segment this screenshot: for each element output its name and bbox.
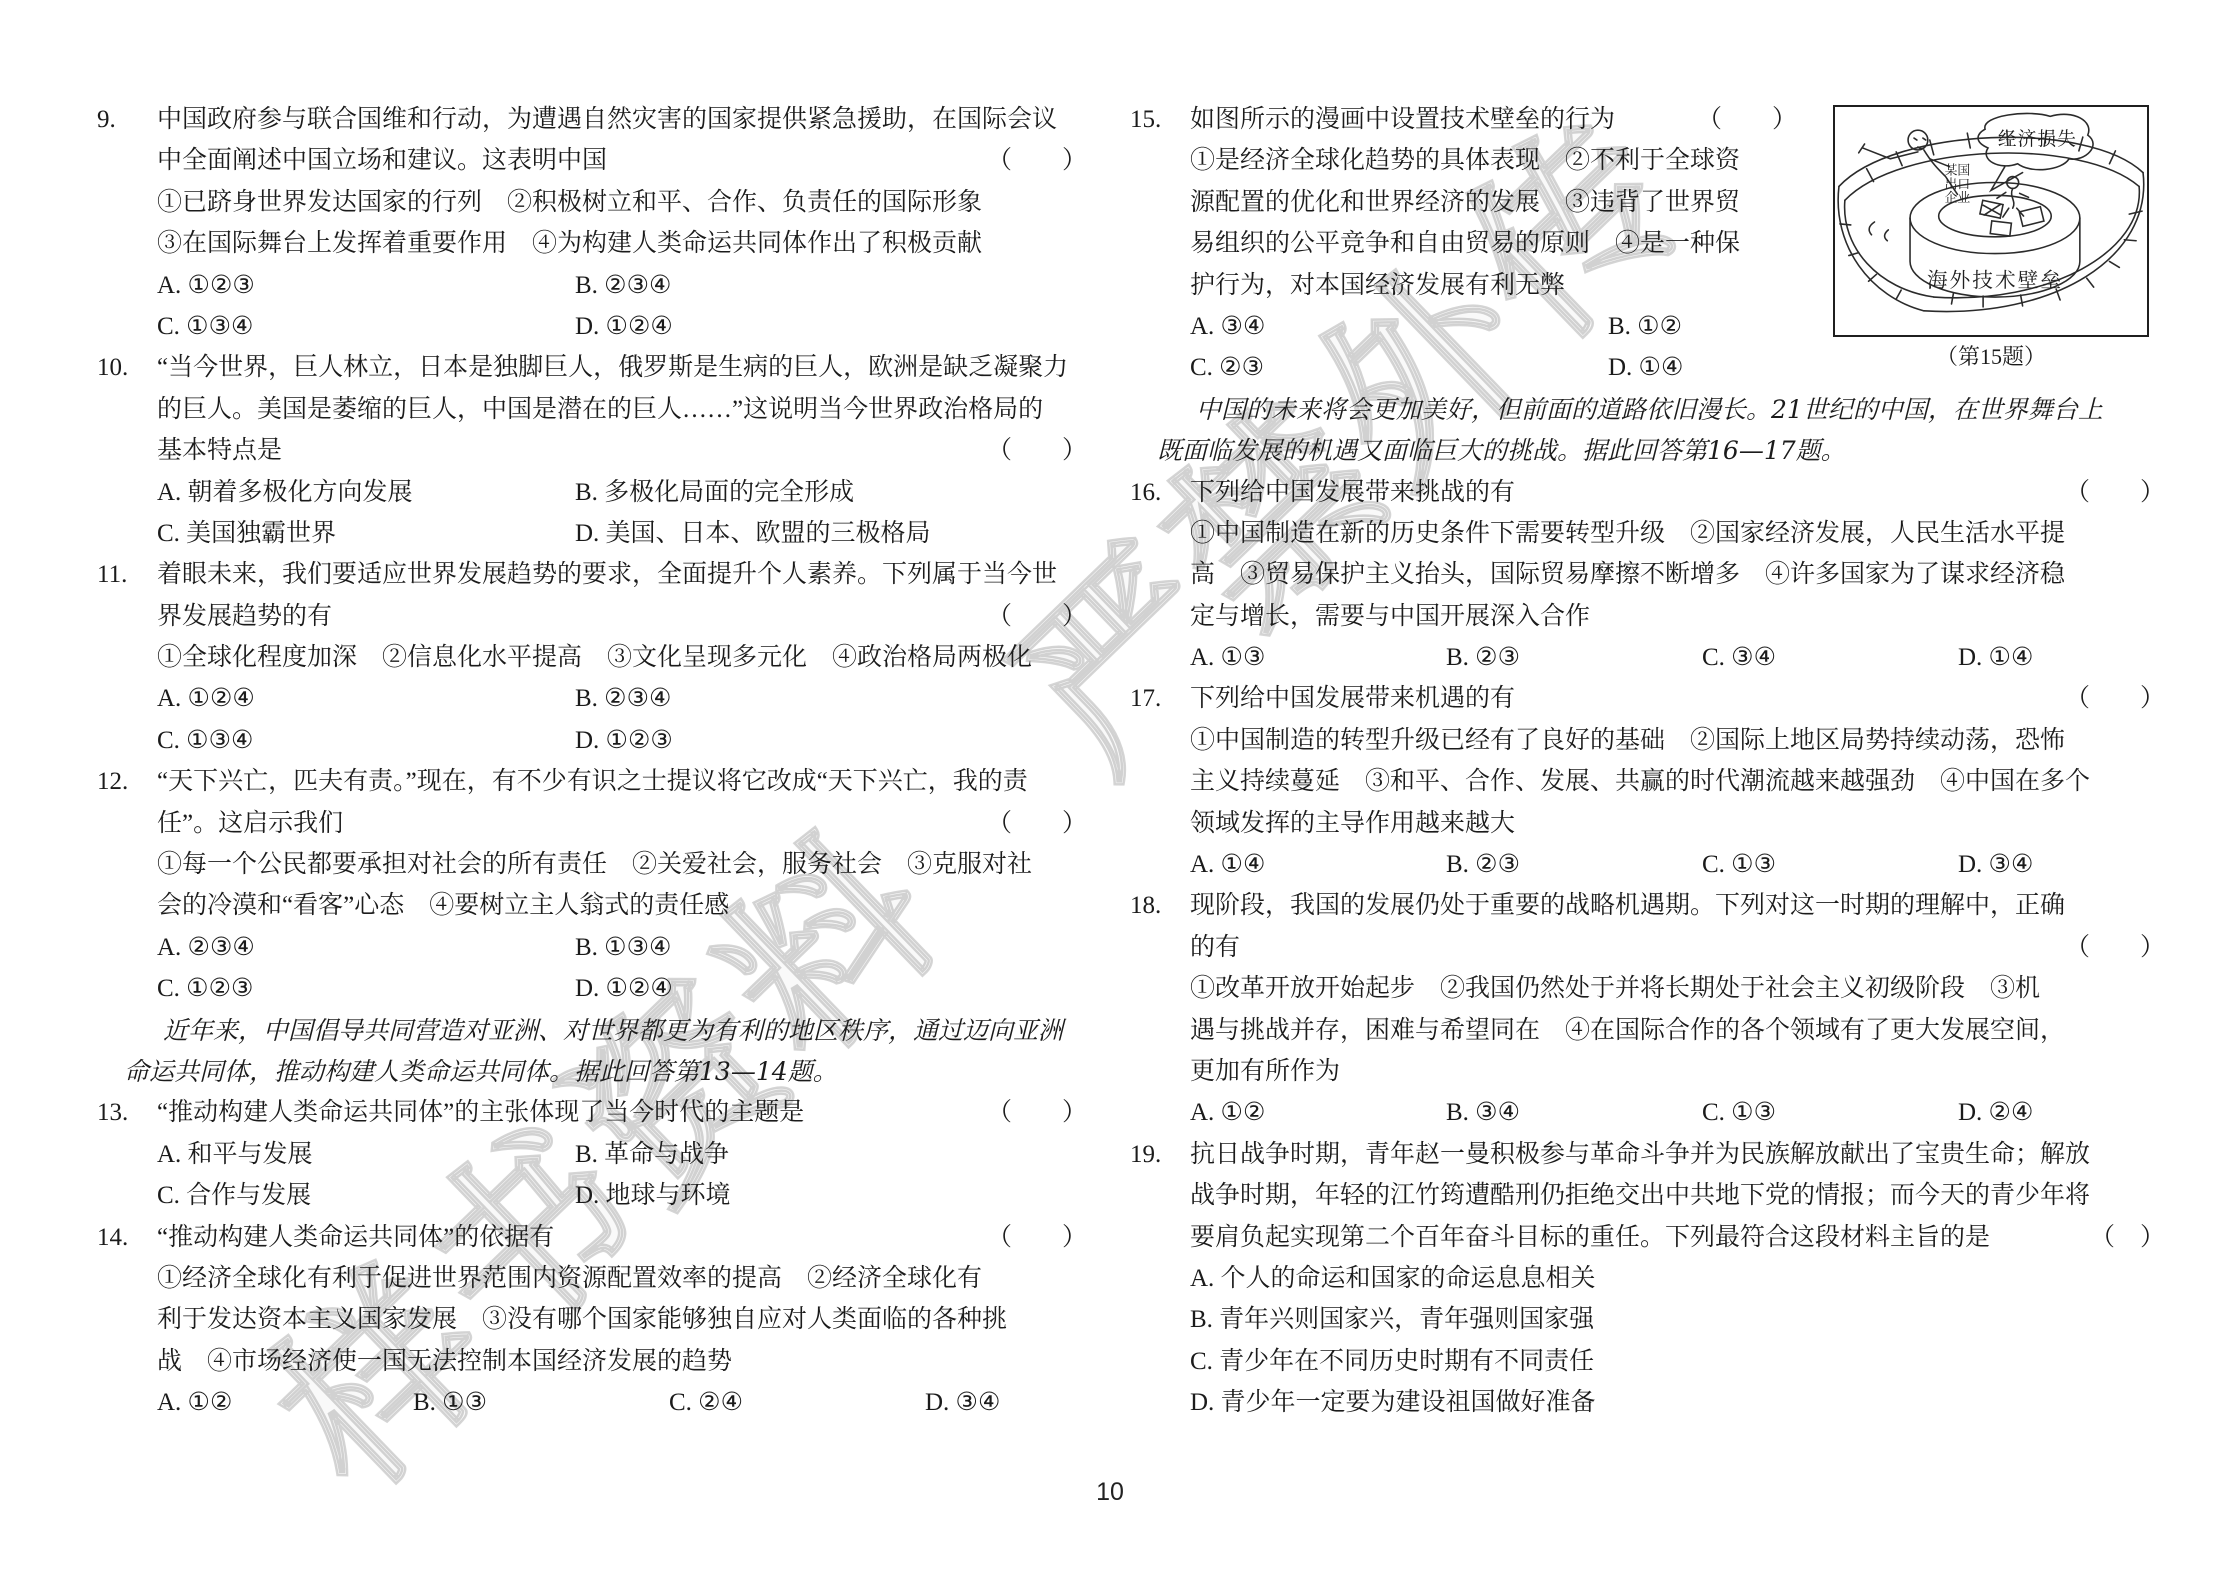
option: D. ①②④ <box>575 306 673 347</box>
question-line: 命运共同体，推动构建人类命运共同体。据此回答第13—14题。 <box>95 1051 1087 1092</box>
question-body: 经济损失 某国 出口 企业 海外技术壁垒 （第15题） 如图所示的漫画中设置技术… <box>1128 99 2165 389</box>
question-line: “推动构建人类命运共同体”的依据有（ ） <box>157 1217 1087 1258</box>
question-line: 利于发达资本主义国家发展 ③没有哪个国家能够独自应对人类面临的各种挑 <box>157 1299 1087 1340</box>
exam-page: 样书资料 严禁外传 9.中国政府参与联合国维和行动，为遭遇自然灾害的国家提供紧急… <box>0 0 2220 1571</box>
option: A. ②③④ <box>157 927 575 968</box>
option: B. ②③④ <box>575 265 671 306</box>
option: A. ①③ <box>1190 637 1446 678</box>
question-line: ①经济全球化有利于促进世界范围内资源配置效率的提高 ②经济全球化有 <box>157 1258 1087 1299</box>
option: D. 地球与环境 <box>575 1175 731 1216</box>
option: B. ①② <box>1608 306 1682 347</box>
question-line: 战 ④市场经济使一国无法控制本国经济发展的趋势 <box>157 1341 1087 1382</box>
answer-bracket: （ ） <box>2065 927 2165 968</box>
option-row: C. 合作与发展D. 地球与环境 <box>157 1175 1087 1216</box>
option: A. 个人的命运和国家的命运息息相关 <box>1190 1258 2165 1299</box>
option: A. ①②④ <box>157 678 575 719</box>
option-row: A. ①②③B. ②③④ <box>157 265 1087 306</box>
option: D. ①④ <box>1958 637 2033 678</box>
question-line: “天下兴亡，匹夫有责。”现在，有不少有识之士提议将它改成“天下兴亡，我的责 <box>157 761 1087 802</box>
question-text: “推动构建人类命运共同体”的主张体现了当今时代的主题是 <box>157 1092 804 1133</box>
question-line: ①已跻身世界发达国家的行列 ②积极树立和平、合作、负责任的国际形象 <box>157 182 1087 223</box>
option: D. 美国、日本、欧盟的三极格局 <box>575 513 931 554</box>
question-body: “当今世界，巨人林立，日本是独脚巨人，俄罗斯是生病的巨人，欧洲是缺乏凝聚力的巨人… <box>95 347 1087 554</box>
question-body: 下列给中国发展带来机遇的有（ ）①中国制造的转型升级已经有了良好的基础 ②国际上… <box>1128 678 2165 885</box>
question-line: 主义持续蔓延 ③和平、合作、发展、共赢的时代潮流越来越强劲 ④中国在多个 <box>1190 761 2165 802</box>
option: C. ③④ <box>1702 637 1958 678</box>
question-text: 的有 <box>1190 927 1240 968</box>
question-line: 抗日战争时期，青年赵一曼积极参与革命斗争并为民族解放献出了宝贵生命；解放 <box>1190 1134 2165 1175</box>
option-row: A. ①②B. ①③C. ②④D. ③④ <box>157 1382 1087 1423</box>
option-row: A. ①④B. ②③C. ①③D. ③④ <box>1190 844 2165 885</box>
question-line: 遇与挑战并存，困难与希望同在 ④在国际合作的各个领域有了更大发展空间， <box>1190 1010 2165 1051</box>
question-number: 15. <box>1130 99 1161 140</box>
question-number: 9. <box>97 99 116 140</box>
question-line: “推动构建人类命运共同体”的主张体现了当今时代的主题是（ ） <box>157 1092 1087 1133</box>
question-line: 定与增长，需要与中国开展深入合作 <box>1190 596 2165 637</box>
question-line: ①每一个公民都要承担对社会的所有责任 ②关爱社会，服务社会 ③克服对社 <box>157 844 1087 885</box>
option: D. ③④ <box>1958 844 2033 885</box>
q15-cartoon-svg: 经济损失 某国 出口 企业 海外技术壁垒 <box>1835 107 2147 335</box>
question-line: 如图所示的漫画中设置技术壁垒的行为（ ） <box>1190 99 1797 140</box>
question-17: 17.下列给中国发展带来机遇的有（ ）①中国制造的转型升级已经有了良好的基础 ②… <box>1128 678 2165 885</box>
q15-cartoon-frame: 经济损失 某国 出口 企业 海外技术壁垒 <box>1833 105 2149 337</box>
option: B. ①③ <box>413 1382 669 1423</box>
question-line: 中国政府参与联合国维和行动，为遭遇自然灾害的国家提供紧急援助，在国际会议 <box>157 99 1087 140</box>
option: D. ③④ <box>925 1382 1000 1423</box>
option-row: A. ①②④B. ②③④ <box>157 678 1087 719</box>
answer-bracket: （ ） <box>987 803 1087 844</box>
question-line: ①中国制造的转型升级已经有了良好的基础 ②国际上地区局势持续动荡，恐怖 <box>1190 720 2165 761</box>
option: C. ①③④ <box>157 306 575 347</box>
figure-caption: （第15题） <box>1817 337 2165 375</box>
question-line: 更加有所作为 <box>1190 1051 2165 1092</box>
question-line: ①中国制造在新的历史条件下需要转型升级 ②国家经济发展，人民生活水平提 <box>1190 513 2165 554</box>
option: C. ①③ <box>1702 844 1958 885</box>
option: B. ②③ <box>1446 637 1702 678</box>
question-text: 下列给中国发展带来机遇的有 <box>1190 678 1515 719</box>
question-line: 界发展趋势的有（ ） <box>157 596 1087 637</box>
answer-bracket: （ ） <box>987 1092 1087 1133</box>
option: C. 合作与发展 <box>157 1175 575 1216</box>
option: C. 美国独霸世界 <box>157 513 575 554</box>
option: B. 革命与战争 <box>575 1134 729 1175</box>
question-text: 界发展趋势的有 <box>157 596 332 637</box>
option: A. ①② <box>1190 1092 1446 1133</box>
answer-bracket: （ ） <box>987 596 1087 637</box>
answer-bracket: （ ） <box>2065 678 2165 719</box>
option: B. 青年兴则国家兴，青年强则国家强 <box>1190 1299 2165 1340</box>
question-13: 13.“推动构建人类命运共同体”的主张体现了当今时代的主题是（ ）A. 和平与发… <box>95 1092 1087 1216</box>
option: C. 青少年在不同历史时期有不同责任 <box>1190 1341 2165 1382</box>
option: A. 和平与发展 <box>157 1134 575 1175</box>
option: C. ②④ <box>669 1382 925 1423</box>
question-number: 13. <box>97 1092 128 1133</box>
question-line: ③在国际舞台上发挥着重要作用 ④为构建人类命运共同体作出了积极贡献 <box>157 223 1087 264</box>
question-line: 中全面阐述中国立场和建议。这表明中国（ ） <box>157 140 1087 181</box>
question-line: 高 ③贸易保护主义抬头，国际贸易摩擦不断增多 ④许多国家为了谋求经济稳 <box>1190 554 2165 595</box>
option-row: A. ①②B. ③④C. ①③D. ②④ <box>1190 1092 2165 1133</box>
question-14: 14.“推动构建人类命运共同体”的依据有（ ）①经济全球化有利于促进世界范围内资… <box>95 1217 1087 1424</box>
q15-figure: 经济损失 某国 出口 企业 海外技术壁垒 （第15题） <box>1817 105 2165 375</box>
question-10: 10.“当今世界，巨人林立，日本是独脚巨人，俄罗斯是生病的巨人，欧洲是缺乏凝聚力… <box>95 347 1087 554</box>
cartoon-label-exporter-line2: 出口 <box>1945 176 1971 191</box>
option: B. ②③④ <box>575 678 671 719</box>
question-line: 近年来，中国倡导共同营造对亚洲、对世界都更为有利的地区秩序，通过迈向亚洲 <box>95 1010 1087 1051</box>
option: D. ①②④ <box>575 968 673 1009</box>
question-line: 既面临发展的机遇又面临巨大的挑战。据此回答第16—17题。 <box>1128 430 2165 471</box>
option: A. ①④ <box>1190 844 1446 885</box>
option: D. ①④ <box>1608 347 1683 388</box>
question-text: 任”。这启示我们 <box>157 803 343 844</box>
question-16: 16.下列给中国发展带来挑战的有（ ）①中国制造在新的历史条件下需要转型升级 ②… <box>1128 472 2165 679</box>
option: B. 多极化局面的完全形成 <box>575 472 854 513</box>
question-line: 下列给中国发展带来挑战的有（ ） <box>1190 472 2165 513</box>
option-row: A. 和平与发展B. 革命与战争 <box>157 1134 1087 1175</box>
column-left: 9.中国政府参与联合国维和行动，为遭遇自然灾害的国家提供紧急援助，在国际会议中全… <box>95 99 1087 1424</box>
question-body: 抗日战争时期，青年赵一曼积极参与革命斗争并为民族解放献出了宝贵生命；解放战争时期… <box>1128 1134 2165 1424</box>
option-row: A. 朝着多极化方向发展B. 多极化局面的完全形成 <box>157 472 1087 513</box>
question-text: 中全面阐述中国立场和建议。这表明中国 <box>157 140 607 181</box>
option: B. ②③ <box>1446 844 1702 885</box>
question-text: “推动构建人类命运共同体”的依据有 <box>157 1217 554 1258</box>
question-number: 11. <box>97 554 127 595</box>
question-body: 近年来，中国倡导共同营造对亚洲、对世界都更为有利的地区秩序，通过迈向亚洲命运共同… <box>95 1010 1087 1093</box>
option-row: A. ②③④B. ①③④ <box>157 927 1087 968</box>
option-row: C. ①②③D. ①②④ <box>157 968 1087 1009</box>
question-line: 任”。这启示我们（ ） <box>157 803 1087 844</box>
question-line: 下列给中国发展带来机遇的有（ ） <box>1190 678 2165 719</box>
question-line: 现阶段，我国的发展仍处于重要的战略机遇期。下列对这一时期的理解中，正确 <box>1190 885 2165 926</box>
option: B. ①③④ <box>575 927 671 968</box>
cartoon-label-barrier: 海外技术壁垒 <box>1927 269 2063 292</box>
question-number: 10. <box>97 347 128 388</box>
question-line: 的巨人。美国是萎缩的巨人，中国是潜在的巨人……”这说明当今世界政治格局的 <box>157 389 1087 430</box>
question-line: ①改革开放开始起步 ②我国仍然处于并将长期处于社会主义初级阶段 ③机 <box>1190 968 2165 1009</box>
answer-bracket: （ ） <box>2065 472 2165 513</box>
cartoon-label-exporter-line1: 某国 <box>1945 164 1971 178</box>
question-body: “推动构建人类命运共同体”的依据有（ ）①经济全球化有利于促进世界范围内资源配置… <box>95 1217 1087 1424</box>
option: A. ①② <box>157 1382 413 1423</box>
question-number: 12. <box>97 761 128 802</box>
option: C. ①③④ <box>157 720 575 761</box>
option-row: C. 美国独霸世界D. 美国、日本、欧盟的三极格局 <box>157 513 1087 554</box>
question-11: 11.着眼未来，我们要适应世界发展趋势的要求，全面提升个人素养。下列属于当今世界… <box>95 554 1087 761</box>
cartoon-label-economic-loss: 经济损失 <box>1998 128 2077 150</box>
question-line: 的有（ ） <box>1190 927 2165 968</box>
question-line: “当今世界，巨人林立，日本是独脚巨人，俄罗斯是生病的巨人，欧洲是缺乏凝聚力 <box>157 347 1087 388</box>
answer-bracket: （ ） <box>987 430 1087 471</box>
question-line: 要肩负起实现第二个百年奋斗目标的重任。下列最符合这段材料主旨的是（ ） <box>1190 1217 2165 1258</box>
answer-bracket: （ ） <box>987 140 1087 181</box>
question-text: 基本特点是 <box>157 430 282 471</box>
question-number: 17. <box>1130 678 1161 719</box>
option: A. ③④ <box>1190 306 1608 347</box>
question-line: 中国的未来将会更加美好，但前面的道路依旧漫长。21世纪的中国，在世界舞台上 <box>1128 389 2165 430</box>
option: C. ①③ <box>1702 1092 1958 1133</box>
question-line: ①全球化程度加深 ②信息化水平提高 ③文化呈现多元化 ④政治格局两极化 <box>157 637 1087 678</box>
cartoon-label-exporter-line3: 企业 <box>1945 190 1971 205</box>
question-body: 现阶段，我国的发展仍处于重要的战略机遇期。下列对这一时期的理解中，正确的有（ ）… <box>1128 885 2165 1133</box>
question-15: 15. <box>1128 99 2165 389</box>
question-number: 18. <box>1130 885 1161 926</box>
question-body: 中国的未来将会更加美好，但前面的道路依旧漫长。21世纪的中国，在世界舞台上既面临… <box>1128 389 2165 472</box>
option-row: C. ①③④D. ①②③ <box>157 720 1087 761</box>
column-right: 15. <box>1128 99 2165 1424</box>
option: A. 朝着多极化方向发展 <box>157 472 575 513</box>
question-line: 领域发挥的主导作用越来越大 <box>1190 803 2165 844</box>
option: D. ②④ <box>1958 1092 2033 1133</box>
question-text: 下列给中国发展带来挑战的有 <box>1190 472 1515 513</box>
option-row: A. ①③B. ②③C. ③④D. ①④ <box>1190 637 2165 678</box>
answer-bracket: （ ） <box>2090 1217 2165 1258</box>
question-18: 18.现阶段，我国的发展仍处于重要的战略机遇期。下列对这一时期的理解中，正确的有… <box>1128 885 2165 1133</box>
question-19: 19.抗日战争时期，青年赵一曼积极参与革命斗争并为民族解放献出了宝贵生命；解放战… <box>1128 1134 2165 1424</box>
option: D. 青少年一定要为建设祖国做好准备 <box>1190 1382 2165 1423</box>
page-number: 10 <box>0 1478 2220 1507</box>
question-line: 着眼未来，我们要适应世界发展趋势的要求，全面提升个人素养。下列属于当今世 <box>157 554 1087 595</box>
question-text: 要肩负起实现第二个百年奋斗目标的重任。下列最符合这段材料主旨的是 <box>1190 1217 1990 1258</box>
option: B. ③④ <box>1446 1092 1702 1133</box>
option: D. ①②③ <box>575 720 673 761</box>
question-line: 会的冷漠和“看客”心态 ④要树立主人翁式的责任感 <box>157 885 1087 926</box>
option: C. ①②③ <box>157 968 575 1009</box>
question-9: 9.中国政府参与联合国维和行动，为遭遇自然灾害的国家提供紧急援助，在国际会议中全… <box>95 99 1087 347</box>
answer-bracket: （ ） <box>1697 99 1797 140</box>
question-body: “天下兴亡，匹夫有责。”现在，有不少有识之士提议将它改成“天下兴亡，我的责任”。… <box>95 761 1087 1009</box>
question-line: 战争时期，年轻的江竹筠遭酷刑仍拒绝交出中共地下党的情报；而今天的青少年将 <box>1190 1175 2165 1216</box>
question-body: 中国政府参与联合国维和行动，为遭遇自然灾害的国家提供紧急援助，在国际会议中全面阐… <box>95 99 1087 347</box>
question-number: 16. <box>1130 472 1161 513</box>
question-body: “推动构建人类命运共同体”的主张体现了当今时代的主题是（ ）A. 和平与发展B.… <box>95 1092 1087 1216</box>
question-body: 着眼未来，我们要适应世界发展趋势的要求，全面提升个人素养。下列属于当今世界发展趋… <box>95 554 1087 761</box>
option-row: C. ①③④D. ①②④ <box>157 306 1087 347</box>
passage-13-14: 近年来，中国倡导共同营造对亚洲、对世界都更为有利的地区秩序，通过迈向亚洲命运共同… <box>95 1010 1087 1093</box>
question-12: 12.“天下兴亡，匹夫有责。”现在，有不少有识之士提议将它改成“天下兴亡，我的责… <box>95 761 1087 1009</box>
answer-bracket: （ ） <box>987 1217 1087 1258</box>
question-line: 基本特点是（ ） <box>157 430 1087 471</box>
option: A. ①②③ <box>157 265 575 306</box>
passage-16-17: 中国的未来将会更加美好，但前面的道路依旧漫长。21世纪的中国，在世界舞台上既面临… <box>1128 389 2165 472</box>
option: C. ②③ <box>1190 347 1608 388</box>
question-text: 如图所示的漫画中设置技术壁垒的行为 <box>1190 99 1615 140</box>
question-number: 14. <box>97 1217 128 1258</box>
question-body: 下列给中国发展带来挑战的有（ ）①中国制造在新的历史条件下需要转型升级 ②国家经… <box>1128 472 2165 679</box>
question-number: 19. <box>1130 1134 1161 1175</box>
